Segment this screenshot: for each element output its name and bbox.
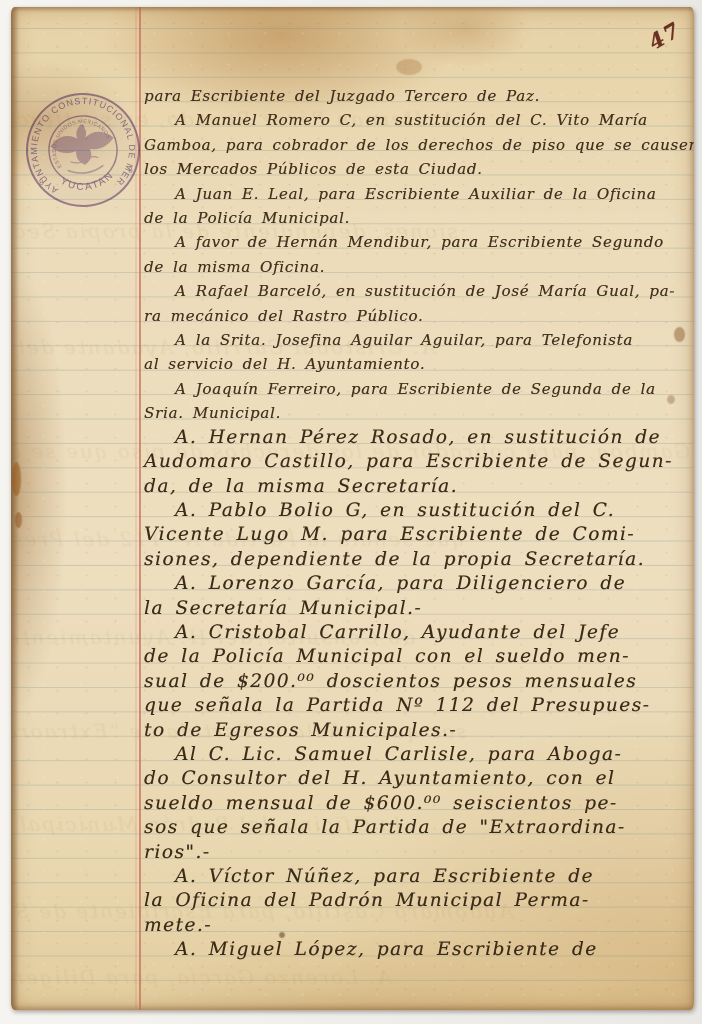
manuscript-line: al servicio del H. Ayuntamiento. [144, 352, 689, 376]
manuscript-line: A Juan E. Leal, para Escribiente Auxilia… [144, 182, 689, 206]
manuscript-text: para Escribiente del Juzgado Tercero de … [144, 84, 689, 963]
manuscript-line: de la Policía Municipal con el sueldo me… [144, 645, 689, 669]
manuscript-line: la Oficina del Padrón Municipal Perma- [144, 889, 689, 913]
manuscript-line: Gamboa, para cobrador de los derechos de… [144, 133, 689, 157]
manuscript-line: A Manuel Romero C, en sustitución del C.… [144, 108, 689, 132]
manuscript-line: Vicente Lugo M. para Escribiente de Comi… [144, 523, 689, 547]
manuscript-line: A. Lorenzo García, para Diligenciero de [144, 572, 689, 596]
ink-showthrough-ghost: A. Lorenzo García, para Diligenciero de [11, 965, 392, 989]
manuscript-line: A Rafael Barceló, en sustitución de José… [144, 279, 689, 303]
manuscript-line: para Escribiente del Juzgado Tercero de … [144, 84, 689, 108]
manuscript-line: de la Policía Municipal. [144, 206, 689, 230]
manuscript-line: que señala la Partida Nº 112 del Presupu… [144, 694, 689, 718]
manuscript-line: A. Hernan Pérez Rosado, en sustitución d… [144, 426, 689, 450]
manuscript-line: A. Víctor Núñez, para Escribiente de [144, 865, 689, 889]
manuscript-line: A. Cristobal Carrillo, Ayudante del Jefe [144, 621, 689, 645]
municipal-stamp: AYUNTAMIENTO CONSTITUCIONAL DE MERIDA YU… [11, 71, 162, 229]
manuscript-line: A. Miguel López, para Escribiente de [144, 938, 689, 962]
manuscript-line: de la misma Oficina. [144, 255, 689, 279]
manuscript-line: A. Pablo Bolio G, en sustitución del C. [144, 499, 689, 523]
manuscript-line: sos que señala la Partida de "Extraordin… [144, 816, 689, 840]
manuscript-line: sual de $200.⁰⁰ doscientos pesos mensual… [144, 670, 689, 694]
manuscript-line: mete.- [144, 914, 689, 938]
manuscript-line: do Consultor del H. Ayuntamiento, con el [144, 767, 689, 791]
manuscript-line: A favor de Hernán Mendibur, para Escribi… [144, 230, 689, 254]
manuscript-line: los Mercados Públicos de esta Ciudad. [144, 157, 689, 181]
manuscript-line: siones, dependiente de la propia Secreta… [144, 548, 689, 572]
manuscript-line: ra mecánico del Rastro Público. [144, 304, 689, 328]
paper-edge-top [11, 7, 694, 12]
paper-stain [396, 59, 422, 75]
manuscript-line: Sria. Municipal. [144, 401, 689, 425]
manuscript-line: sueldo mensual de $600.⁰⁰ seiscientos pe… [144, 792, 689, 816]
manuscript-line: la Secretaría Municipal.- [144, 597, 689, 621]
manuscript-line: Audomaro Castillo, para Escribiente de S… [144, 450, 689, 474]
manuscript-line: Al C. Lic. Samuel Carlisle, para Aboga- [144, 743, 689, 767]
manuscript-line: da, de la misma Secretaría. [144, 475, 689, 499]
manuscript-line: rios".- [144, 841, 689, 865]
manuscript-line: A Joaquín Ferreiro, para Escribiente de … [144, 377, 689, 401]
page-number: 47 [644, 16, 685, 54]
manuscript-line: to de Egresos Municipales.- [144, 719, 689, 743]
scan-background: A. Hernan Pérez Rosado, en sustitución d… [0, 0, 702, 1024]
manuscript-line: A la Srita. Josefina Aguilar Aguilar, pa… [144, 328, 689, 352]
manuscript-page: A. Hernan Pérez Rosado, en sustitución d… [11, 7, 694, 1010]
